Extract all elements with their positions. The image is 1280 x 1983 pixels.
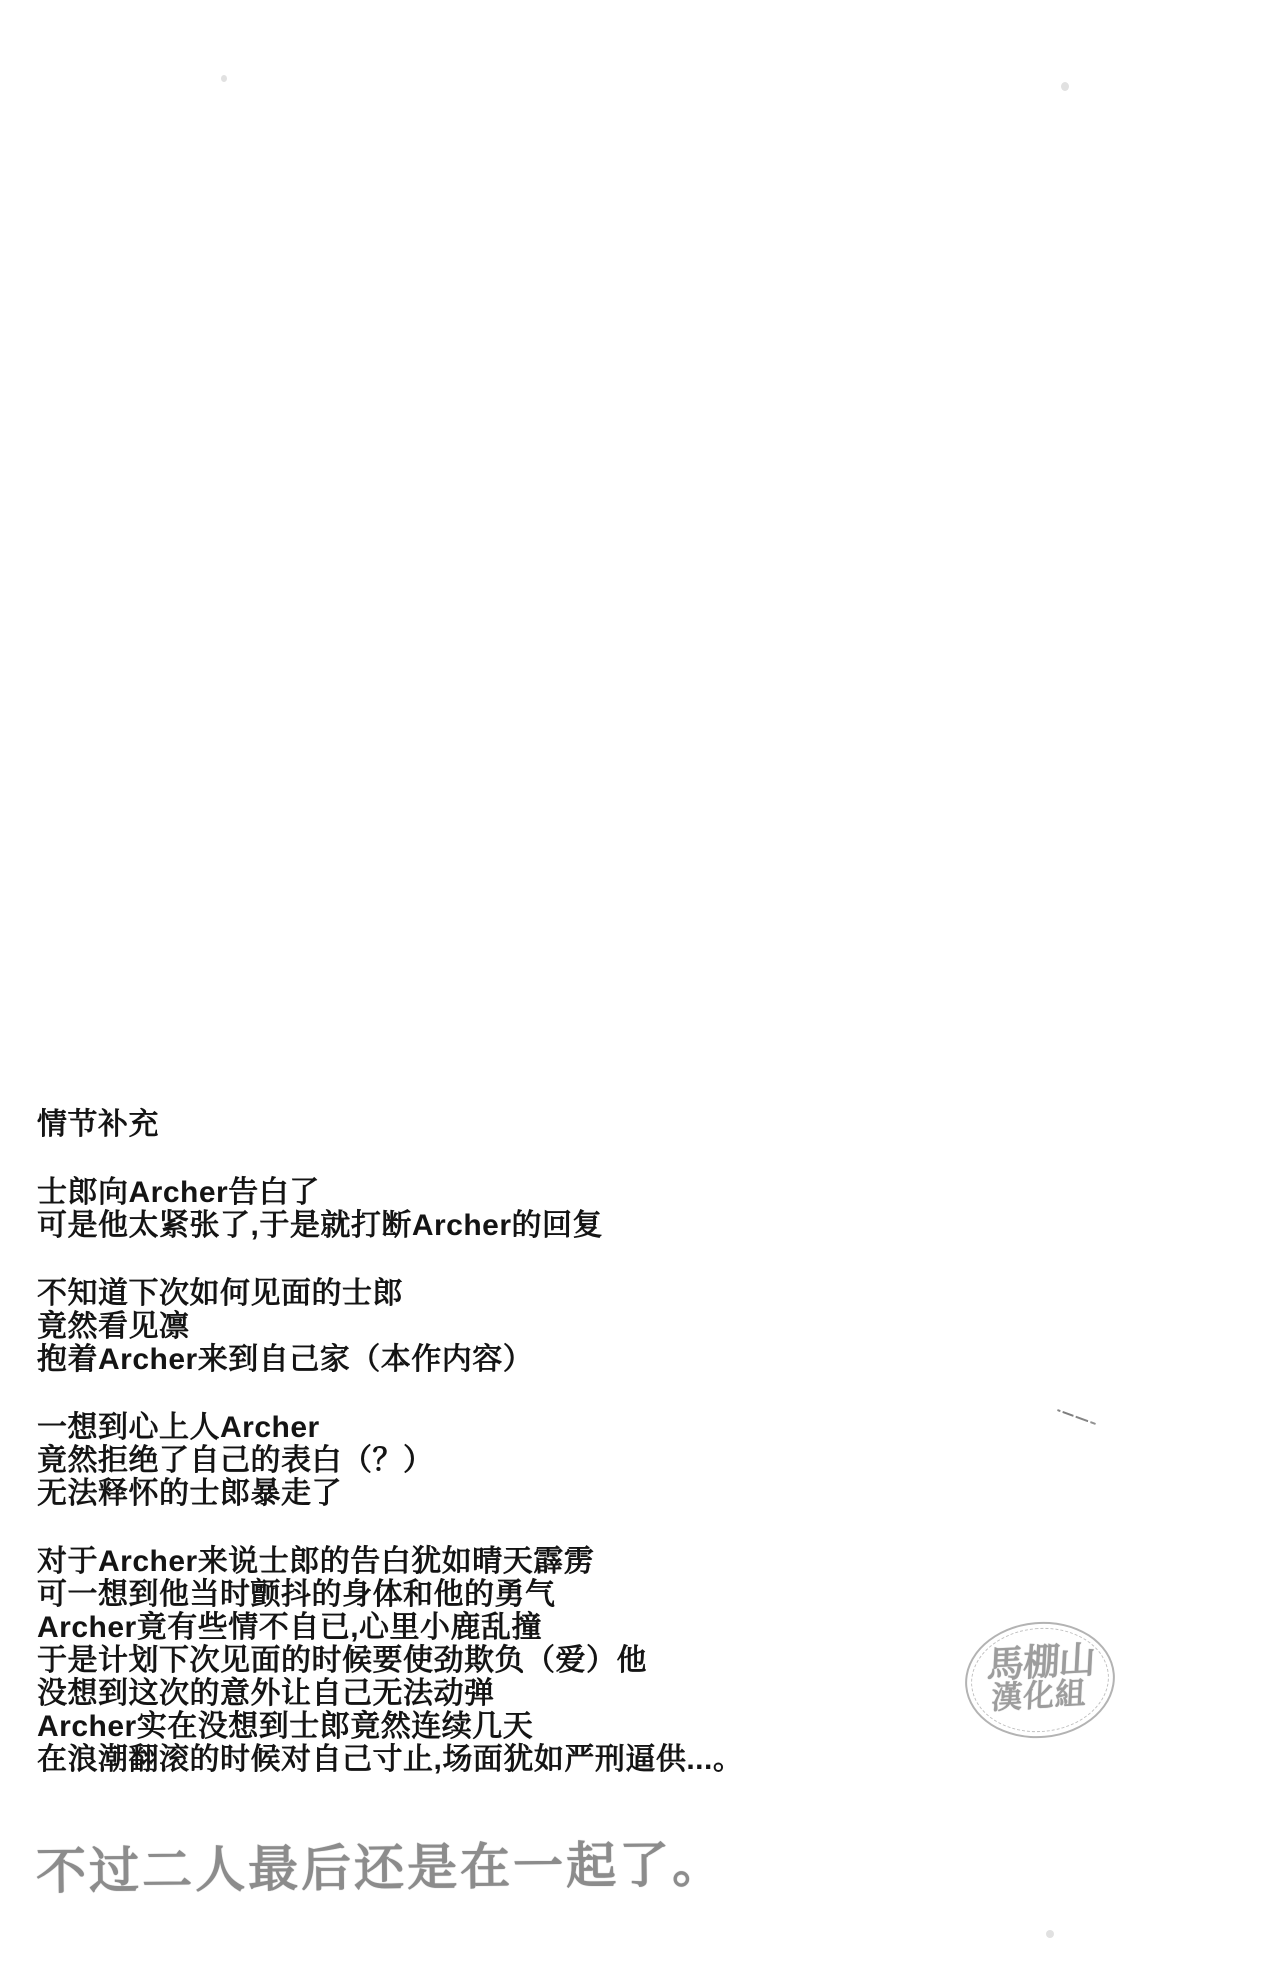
text-line: 竟然看见凛 — [37, 1310, 797, 1343]
paragraph-meeting: 不知道下次如何见面的士郎 竟然看见凛 抱着Archer来到自己家（本作内容） — [37, 1277, 797, 1376]
text-line: 对于Archer来说士郎的告白犹如晴天霹雳 — [37, 1545, 797, 1578]
paragraph-rejection: 一想到心上人Archer 竟然拒绝了自己的表白（？） 无法释怀的士郎暴走了 — [37, 1411, 797, 1510]
stamp-text: 馬棚山 漢化組 — [962, 1618, 1117, 1743]
text-line: Archer实在没想到士郎竟然连续几天 — [37, 1710, 797, 1743]
text-line: 在浪潮翻滚的时候对自己寸止,场面犹如严刑逼供...。 — [37, 1743, 797, 1776]
text-line: 可是他太紧张了,于是就打断Archer的回复 — [37, 1209, 797, 1242]
paragraph-confession: 士郎向Archer告白了 可是他太紧张了,于是就打断Archer的回复 — [37, 1176, 797, 1242]
text-line: 士郎向Archer告白了 — [37, 1176, 797, 1209]
text-line: 可一想到他当时颤抖的身体和他的勇气 — [37, 1578, 797, 1611]
stamp-group-name-bottom: 漢化組 — [991, 1678, 1088, 1715]
paper-scratch-mark — [1057, 1409, 1096, 1425]
text-line: 不知道下次如何见面的士郎 — [37, 1277, 797, 1310]
handwritten-closing-note: 不过二人最后还是在一起了。 — [36, 1824, 726, 1903]
text-line: 没想到这次的意外让自己无法动弹 — [37, 1677, 797, 1710]
text-line: Archer竟有些情不自已,心里小鹿乱撞 — [37, 1611, 797, 1644]
text-line: 一想到心上人Archer — [37, 1411, 797, 1444]
paragraph-archer-pov: 对于Archer来说士郎的告白犹如晴天霹雳 可一想到他当时颤抖的身体和他的勇气 … — [37, 1545, 797, 1776]
paper-speck — [221, 75, 227, 82]
scanlation-group-stamp: 馬棚山 漢化組 — [960, 1616, 1120, 1745]
page-title: 情节补充 — [37, 1108, 797, 1141]
text-line: 竟然拒绝了自己的表白（？） — [37, 1444, 797, 1477]
text-line: 于是计划下次见面的时候要使劲欺负（爱）他 — [37, 1644, 797, 1677]
paper-speck — [1046, 1930, 1054, 1938]
afterword-page: 情节补充 士郎向Archer告白了 可是他太紧张了,于是就打断Archer的回复… — [0, 0, 1280, 1983]
afterword-text-block: 情节补充 士郎向Archer告白了 可是他太紧张了,于是就打断Archer的回复… — [37, 1108, 797, 1811]
paper-speck — [1061, 82, 1069, 91]
text-line: 抱着Archer来到自己家（本作内容） — [37, 1343, 797, 1376]
text-line: 无法释怀的士郎暴走了 — [37, 1477, 797, 1510]
